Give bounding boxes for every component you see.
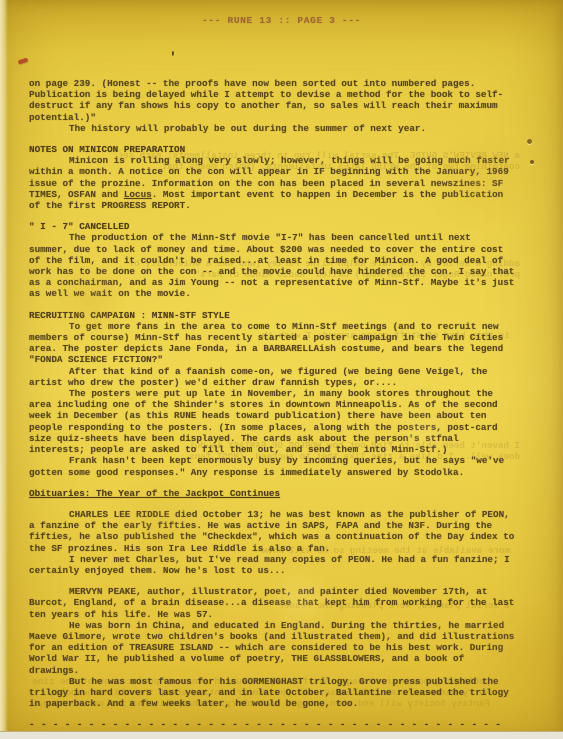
paragraph: Frank hasn't been kept enormously busy b…	[29, 455, 515, 477]
paper-bottom-edge	[0, 731, 563, 739]
dashed-rule: - - - - - - - - - - - - - - - - - - - - …	[29, 719, 515, 730]
red-ink-blot	[18, 58, 29, 65]
paragraph: MERVYN PEAKE, author, illustrator, poet,…	[29, 586, 515, 620]
paragraph: Minicon is rolling along very slowly; ho…	[29, 155, 515, 211]
paragraph: The posters were put up late in November…	[29, 388, 515, 455]
paragraph: He was born in China, and educated in En…	[29, 620, 515, 676]
fanzine-page: --- RUNE 13 :: PAGE 3 --- ' on page 239.…	[0, 0, 563, 739]
stray-apostrophe-mark: '	[169, 50, 177, 65]
paper-speck	[530, 160, 534, 164]
paper-speck	[527, 139, 532, 144]
section-heading: RECRUITING CAMPAIGN : MINN-STF STYLE	[29, 310, 515, 321]
paragraph: CHARLES LEE RIDDLE died October 13; he w…	[29, 509, 515, 554]
page-header: --- RUNE 13 :: PAGE 3 ---	[0, 15, 563, 26]
paragraph: To get more fans in the area to come to …	[29, 321, 515, 366]
paragraph: But he was most famous for his GORMENGHA…	[29, 676, 515, 710]
paragraph: After that kind of a faanish come-on, we…	[29, 366, 515, 388]
section-heading: " I - 7" CANCELLED	[29, 221, 515, 232]
paragraph: on page 239. (Honest -- the proofs have …	[29, 78, 515, 123]
paragraph: The production of the Minn-Stf movie "I-…	[29, 232, 515, 299]
paragraph: I never met Charles, but I've read many …	[29, 554, 515, 576]
section-heading: NOTES ON MINICON PREPARATION	[29, 144, 515, 155]
paper-left-edge	[0, 0, 8, 739]
content-column: on page 239. (Honest -- the proofs have …	[29, 78, 515, 731]
paragraph: The history will probably be out during …	[29, 123, 515, 134]
section-heading: Obituaries: The Year of the Jackpot Cont…	[29, 488, 515, 499]
